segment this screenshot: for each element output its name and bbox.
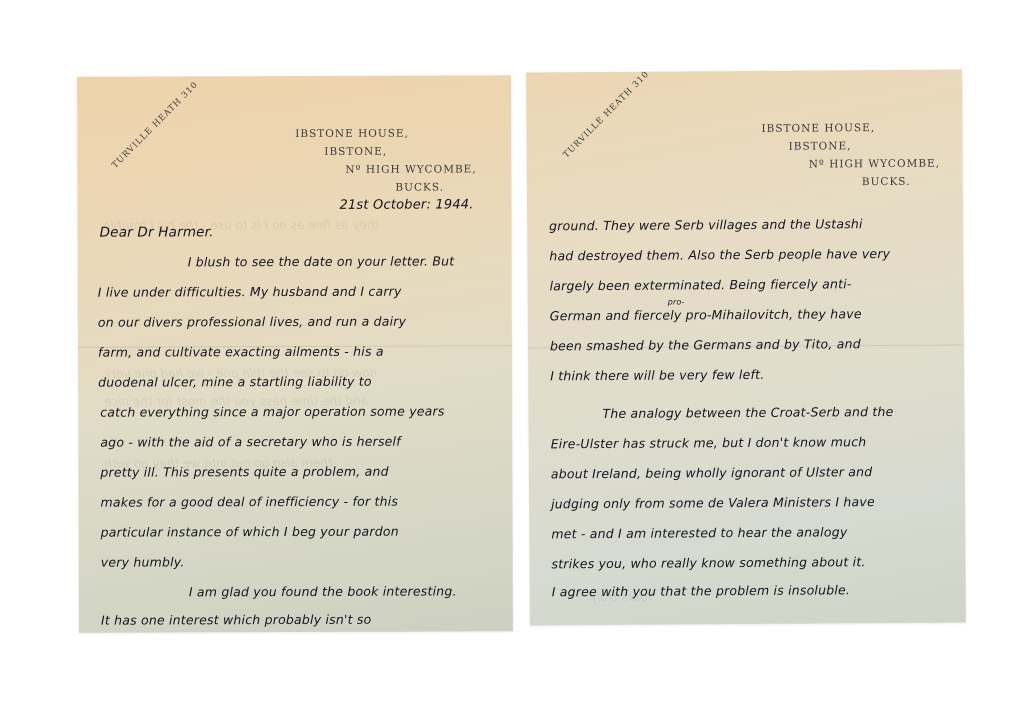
body-line: I am glad you found the book interesting… [189, 583, 457, 599]
letter-date: 21st October: 1944. [339, 197, 473, 212]
letter-page-2: TURVILLE HEATH 310 IBSTONE HOUSE, IBSTON… [526, 69, 966, 625]
body-line: ago - with the aid of a secretary who is… [100, 434, 401, 450]
insertion-mark: pro- [668, 297, 685, 306]
body-line: farm, and cultivate exacting ailments - … [98, 344, 384, 360]
body-line: I agree with you that the problem is ins… [552, 582, 850, 599]
letterhead-address-line: IBSTONE HOUSE, [761, 122, 875, 135]
body-line: particular instance of which I beg your … [101, 524, 399, 540]
body-line: on our divers professional lives, and ru… [98, 314, 406, 330]
body-line: met - and I am interested to hear the an… [551, 524, 847, 541]
body-line: pretty ill. This presents quite a proble… [100, 464, 388, 480]
body-line: ground. They were Serb villages and the … [549, 216, 863, 233]
body-line: judging only from some de Valera Ministe… [551, 494, 875, 511]
letterhead-address-line: Nº HIGH WYCOMBE, [345, 163, 476, 175]
body-line: very humbly. [101, 554, 185, 569]
body-line: been smashed by the Germans and by Tito,… [550, 336, 861, 353]
salutation: Dear Dr Harmer. [100, 224, 214, 240]
body-line: largely been exterminated. Being fiercel… [550, 276, 852, 293]
body-line: had destroyed them. Also the Serb people… [549, 246, 890, 263]
body-line: I live under difficulties. My husband an… [98, 284, 402, 300]
body-line: German and fiercely pro-Mihailovitch, th… [550, 306, 862, 323]
body-line: It has one interest which probably isn't… [101, 612, 372, 628]
body-line: Eire-Ulster has struck me, but I don't k… [551, 434, 867, 451]
body-line: strikes you, who really know something a… [551, 554, 865, 571]
body-line: duodenal ulcer, mine a startling liabili… [98, 374, 372, 390]
letterhead-telephone: TURVILLE HEATH 310 [110, 80, 200, 171]
body-line: catch everything since a major operation… [100, 403, 444, 419]
body-line: I blush to see the date on your letter. … [188, 253, 455, 269]
letterhead-address-line: IBSTONE, [789, 140, 852, 152]
letterhead-telephone: TURVILLE HEATH 310 [562, 69, 652, 160]
letterhead-address-line: IBSTONE, [324, 146, 387, 158]
body-line: makes for a good deal of inefficiency - … [100, 494, 398, 510]
letterhead-address-line: IBSTONE HOUSE, [295, 128, 409, 140]
letterhead-address-line: BUCKS. [862, 176, 911, 188]
letterhead-address-line: BUCKS. [395, 181, 444, 193]
body-line: The analogy between the Croat-Serb and t… [602, 404, 893, 421]
letter-page-1: TURVILLE HEATH 310 IBSTONE HOUSE, IBSTON… [77, 75, 513, 633]
body-line: I think there will be very few left. [550, 367, 764, 383]
body-line: about Ireland, being wholly ignorant of … [551, 464, 873, 481]
letterhead-address-line: Nº HIGH WYCOMBE, [809, 158, 940, 171]
